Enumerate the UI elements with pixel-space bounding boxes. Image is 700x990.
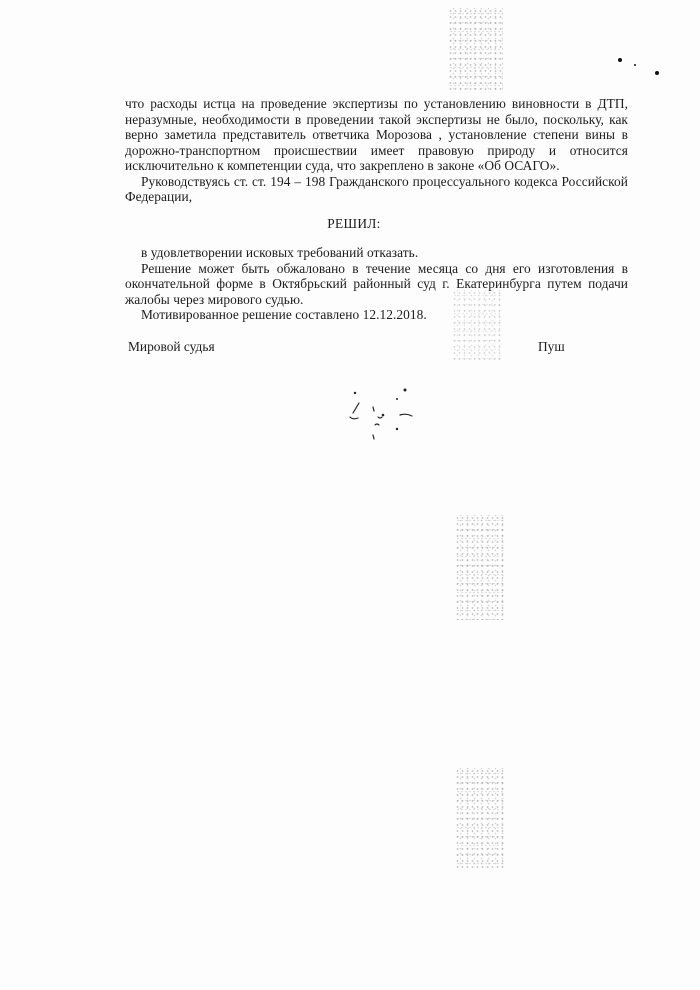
paragraph-legal-basis: Руководствуясь ст. ст. 194 – 198 Граждан… (125, 174, 628, 205)
document-page: что расходы истца на проведение эксперти… (0, 0, 700, 990)
paragraph-ruling: в удовлетворении исковых требований отка… (125, 245, 628, 261)
paragraph-appeal: Решение может быть обжаловано в течение … (125, 261, 628, 308)
scan-noise-lower (455, 515, 505, 620)
paragraph-expenses: что расходы истца на проведение эксперти… (125, 96, 628, 174)
judge-name: Пуш (538, 339, 565, 355)
ruling-text: в удовлетворении исковых требований отка… (125, 245, 628, 323)
scan-dot (634, 64, 636, 66)
scan-dot (655, 71, 659, 75)
body-text: что расходы истца на проведение эксперти… (125, 96, 628, 205)
decision-heading: РЕШИЛ: (0, 216, 700, 232)
scan-noise-top (448, 8, 503, 93)
scan-noise-bottom (455, 768, 505, 868)
scan-dot (618, 58, 622, 62)
judge-title: Мировой судья (128, 339, 215, 355)
paragraph-date: Мотивированное решение составлено 12.12.… (125, 307, 628, 323)
handwritten-signature-icon (345, 385, 425, 445)
